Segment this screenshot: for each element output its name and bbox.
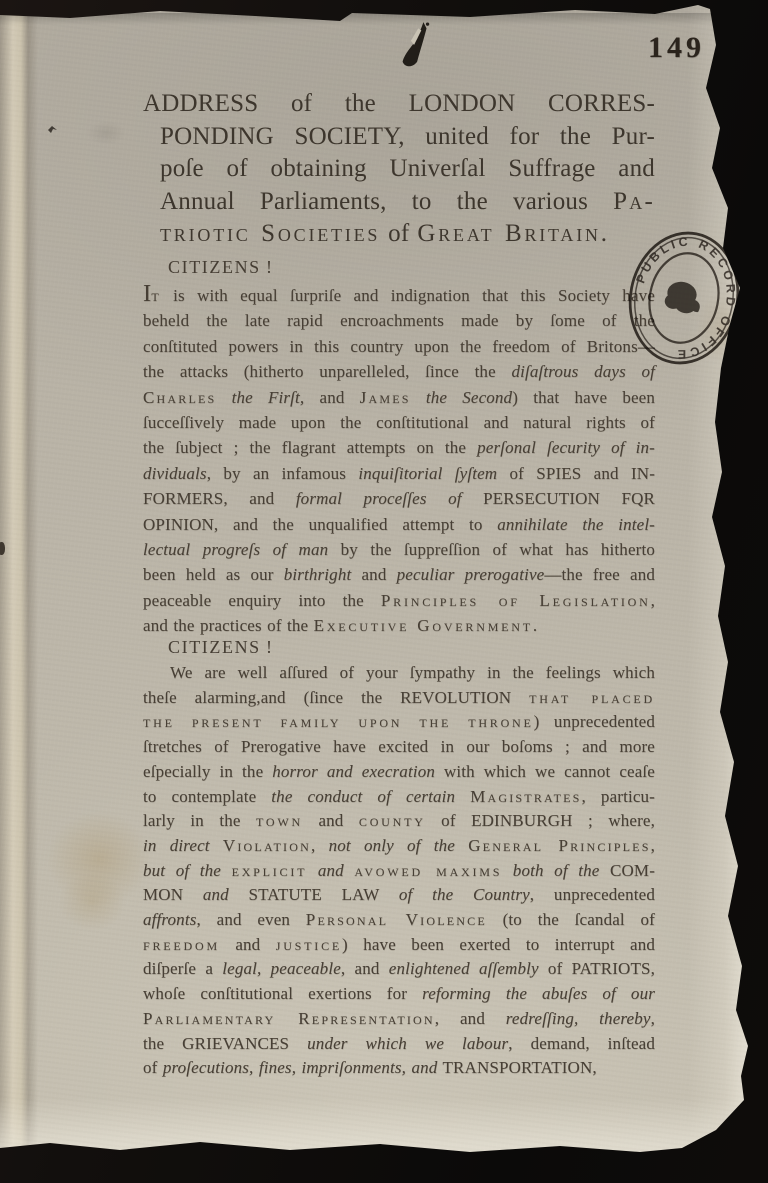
text-line: MON and STATUTE LAW of the Country, unpr… [143, 883, 655, 908]
stamp-crest [663, 279, 704, 316]
paper-stain [82, 118, 130, 148]
section-heading: CITIZENS ! [168, 637, 274, 658]
section-heading: CITIZENS ! [168, 257, 274, 278]
text-line: and the practices of the Executive Gover… [143, 613, 655, 638]
paragraph-block: We are well aſſured of your ſympathy in … [143, 661, 655, 1081]
text-line: peaceable enquiry into the Principles of… [143, 588, 655, 613]
text-line: FORMERS, and formal proceſſes of PERSECU… [143, 486, 655, 511]
torn-edge-highlight-right [688, 0, 754, 1183]
text-line: the present family upon the throne) unpr… [143, 710, 655, 735]
text-line: PONDING SOCIETY, united for the Pur- [143, 121, 655, 154]
text-line: been held as our birthright and peculiar… [143, 562, 655, 587]
torn-edge-highlight-bottom [0, 1098, 768, 1154]
text-line: the GRIEVANCES under which we labour, de… [143, 1032, 655, 1057]
text-line: eſpecially in the horror and execration … [143, 760, 655, 785]
text-line: ſucceſſively made upon the conſtitutiona… [143, 410, 655, 435]
ink-blot [392, 20, 434, 72]
text-line: but of the explicit and avowed maxims bo… [143, 859, 655, 884]
public-record-office-stamp: PUBLIC RECORD OFFICE [602, 212, 766, 384]
folio-number: 149 [648, 31, 705, 65]
text-line: beheld the late rapid encroachments made… [143, 308, 655, 333]
text-line: We are well aſſured of your ſympathy in … [143, 661, 655, 686]
text-line: poſe of obtaining Univerſal Suffrage and [143, 153, 655, 186]
torn-edge-shadow-top [0, 13, 768, 25]
text-line: dividuals, by an infamous inquiſitorial … [143, 461, 655, 486]
text-line: It is with equal ſurpriſe and indignatio… [143, 283, 655, 308]
paper-stain [50, 866, 134, 938]
binding-fold [0, 10, 38, 1183]
text-line: Charles the Firſt, and James the Second)… [143, 385, 655, 410]
text-line: ſtretches of Prerogative have excited in… [143, 735, 655, 760]
text-line: ADDRESS of the LONDON CORRES- [143, 88, 655, 121]
text-line: affronts, and even Personal Violence (to… [143, 908, 655, 933]
document-page: 149 ADDRESS of the LONDON CORRES-PONDING… [0, 0, 768, 1183]
text-line: diſperſe a legal, peaceable, and enlight… [143, 957, 655, 982]
text-line: freedom and justice) have been exerted t… [143, 933, 655, 958]
document-title: ADDRESS of the LONDON CORRES-PONDING SOC… [143, 88, 655, 251]
text-line: larly in the town and county of EDINBURG… [143, 809, 655, 834]
text-line: OPINION, and the unqualified attempt to … [143, 512, 655, 537]
text-line: the ſubject ; the flagrant attempts on t… [143, 435, 655, 460]
text-line: to contemplate the conduct of certain Ma… [143, 785, 655, 810]
text-line: whoſe conſtitutional exertions for refor… [143, 982, 655, 1007]
text-line: Parliamentary Representation, and redreſ… [143, 1007, 655, 1032]
text-line: triotic Societies of Great Britain. [143, 218, 655, 251]
paragraph-block: It is with equal ſurpriſe and indignatio… [143, 283, 655, 639]
text-line: of proſecutions, fines, impriſonments, a… [143, 1056, 655, 1081]
text-line: in direct Violation, not only of the Gen… [143, 834, 655, 859]
text-line: theſe alarming,and (ſince the REVOLUTION… [143, 686, 655, 711]
text-line: Annual Parliaments, to the various Pa- [143, 186, 655, 219]
text-line: lectual progreſs of man by the ſuppreſſi… [143, 537, 655, 562]
scan-backdrop: 149 ADDRESS of the LONDON CORRES-PONDING… [0, 0, 768, 1183]
ink-speck [46, 124, 60, 135]
text-line: conſtituted powers in this country upon … [143, 334, 655, 359]
text-line: the attacks (hitherto unparelleled, ſinc… [143, 359, 655, 384]
